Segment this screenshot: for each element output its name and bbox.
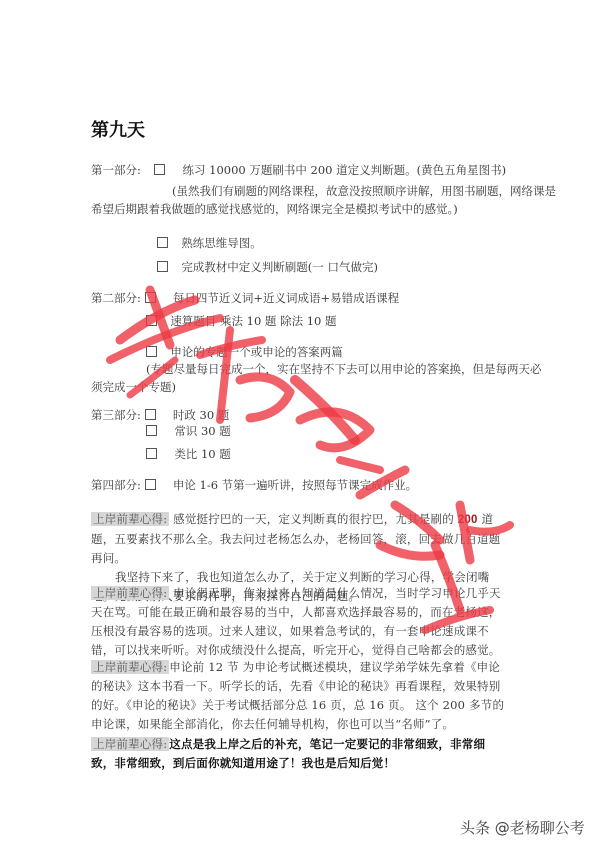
part3-row1: 第三部分: 时政 30 题 [91,407,229,423]
part1-note-line1: (虽然我们有刷题的网络课程，故意没按照顺序讲解，用图书刷题，网络课是 [172,183,556,199]
experience-note-4: 上岸前辈心得:这点是我上岸之后的补充，笔记一定要记的非常细致，非常细致，非常细致… [91,735,506,773]
part2-note-line1: (专题尽量每日完成一个，实在坚持不下去可以用申论的答案换，但是每两天必 [146,361,541,377]
checkbox-icon[interactable] [145,479,156,490]
part1-row1: 第一部分: 练习 10000 万题刷书中 200 道定义判断题。(黄色五角星图书… [91,162,506,178]
part4-row1: 第四部分: 申论 1-6 节第一遍听讲，按照每节课完成作业。 [91,477,417,493]
checkbox-icon[interactable] [146,425,157,436]
part1-note-line2: 希望后期跟着我做题的感觉找感觉的，网络课完全是模拟考试中的感觉。) [91,201,458,217]
note-label: 上岸前辈心得: [91,512,169,526]
page-title: 第九天 [91,116,145,142]
checkbox-icon[interactable] [145,409,156,420]
experience-note-2: 上岸前辈心得: 申论很无聊，作为过来人知道是什么情况，当时学习申论几乎天天在骂。… [91,584,506,660]
part2-item-1: 每日四节近义词+近义词成语+易错成语课程 [173,291,399,305]
checkbox-icon[interactable] [157,237,168,248]
part3-item-3: 类比 10 题 [174,447,230,461]
note-label: 上岸前辈心得: [91,737,169,751]
experience-note-3: 上岸前辈心得:申论前 12 节 为申论考试概述模块，建议学弟学妹先拿着《申论的秘… [91,658,506,734]
part1-item-1: 练习 10000 万题刷书中 200 道定义判断题。(黄色五角星图书) [183,163,507,177]
part2-item-2: 速算题目 乘法 10 题 除法 10 题 [170,314,336,328]
checkbox-icon[interactable] [145,292,156,303]
part4-label: 第四部分: [91,478,141,492]
part2-row1: 第二部分: 每日四节近义词+近义词成语+易错成语课程 [91,290,399,306]
checkbox-icon[interactable] [146,346,157,357]
part3-row3: 类比 10 题 [146,446,231,462]
checkbox-icon[interactable] [146,448,157,459]
part4-item-1: 申论 1-6 节第一遍听讲，按照每节课完成作业。 [173,478,417,492]
part2-row3: 申论的专题一个或申论的答案两篇 [146,344,343,360]
part2-row2: 速算题目 乘法 10 题 除法 10 题 [146,313,337,329]
part1-item-2: 熟练思维导图。 [181,236,262,250]
part1-label: 第一部分: [91,163,141,177]
checkbox-icon[interactable] [157,261,168,272]
note-label: 上岸前辈心得: [91,586,169,600]
part2-note-line2: 须完成一个专题) [91,379,176,395]
part3-label: 第三部分: [91,408,141,422]
part3-item-1: 时政 30 题 [173,408,229,422]
part1-row2: 熟练思维导图。 [157,235,262,251]
footer-attribution: 头条 @老杨聊公考 [460,817,585,838]
note-label: 上岸前辈心得: [91,660,169,674]
part2-item-3: 申论的专题一个或申论的答案两篇 [170,345,343,359]
checkbox-icon[interactable] [146,315,157,326]
part1-item-3: 完成教材中定义判断刷题(一 口气做完) [181,260,378,274]
part1-row3: 完成教材中定义判断刷题(一 口气做完) [157,259,378,275]
part2-label: 第二部分: [91,291,141,305]
part3-row2: 常识 30 题 [146,423,231,439]
document-page: 第九天 第一部分: 练习 10000 万题刷书中 200 道定义判断题。(黄色五… [0,0,600,848]
checkbox-icon[interactable] [154,164,165,175]
part3-item-2: 常识 30 题 [174,424,230,438]
